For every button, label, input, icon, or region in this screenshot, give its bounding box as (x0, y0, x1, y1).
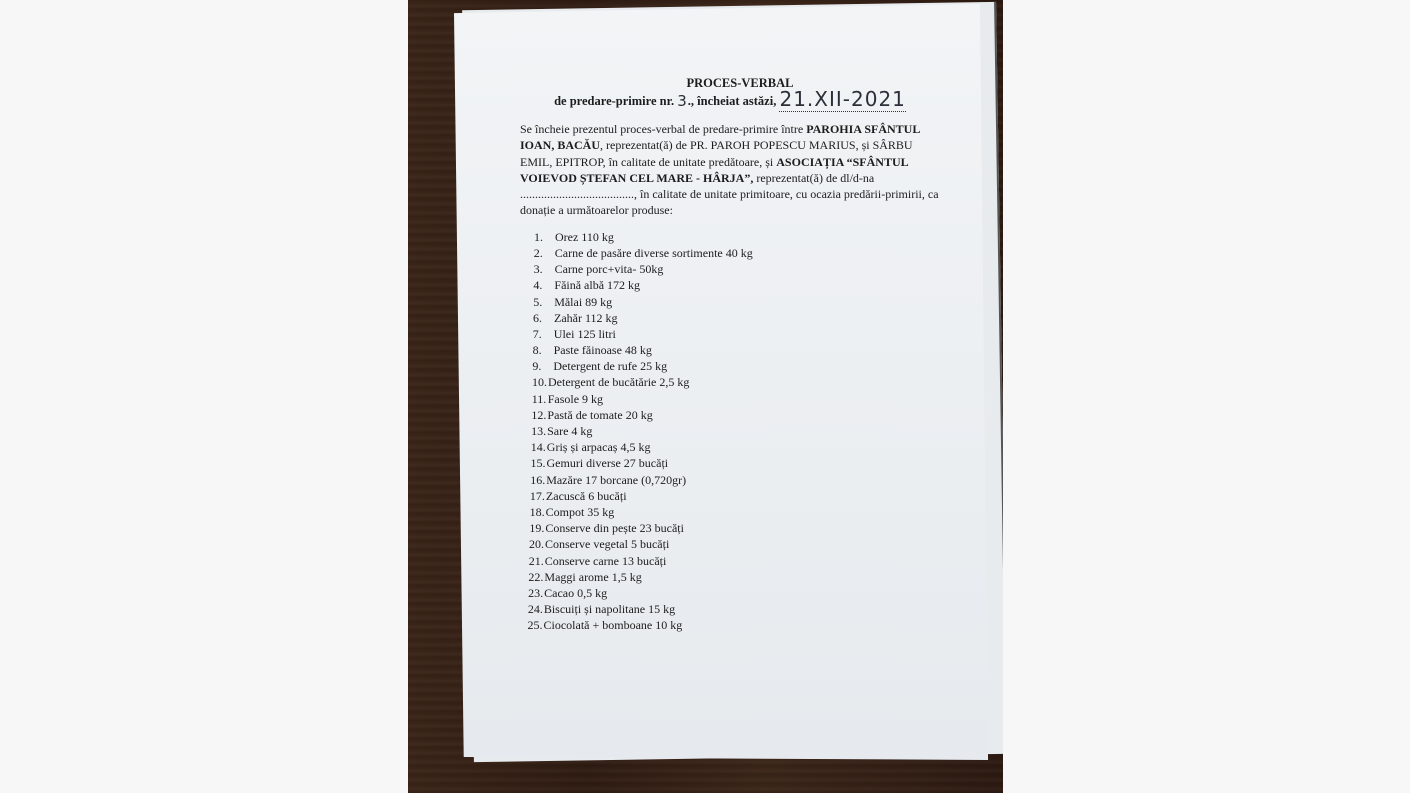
item-number: 12. (531, 407, 547, 423)
item-text: Compot 35 kg (546, 505, 615, 519)
item-text: Fasole 9 kg (548, 392, 603, 406)
item-text: Mălai 89 kg (554, 295, 612, 309)
handwritten-date: 21.XII-2021 (779, 87, 905, 112)
item-text: Carne porc+vita- 50kg (555, 262, 664, 276)
item-text: Conserve din pește 23 bucăți (545, 521, 684, 535)
intro-paragraph: Se încheie prezentul proces-verbal de pr… (520, 121, 940, 219)
item-number: 11. (532, 391, 548, 407)
item-text: Biscuiți și napolitane 15 kg (544, 602, 675, 616)
list-item: 2.Carne de pasăre diverse sortimente 40 … (534, 245, 940, 261)
document-subtitle: de predare-primire nr. 3., încheiat astă… (520, 90, 940, 109)
list-item: 7.Ulei 125 litri (533, 326, 940, 342)
list-item: 16.Mazăre 17 borcane (0,720gr) (530, 472, 940, 488)
item-number: 7. (533, 326, 549, 342)
item-number: 4. (533, 277, 549, 293)
item-number: 20. (529, 536, 545, 552)
item-text: Cacao 0,5 kg (544, 586, 607, 600)
item-number: 8. (533, 342, 549, 358)
product-list: 1.Orez 110 kg2.Carne de pasăre diverse s… (530, 229, 940, 634)
item-number: 23. (528, 585, 544, 601)
item-text: Ciocolată + bomboane 10 kg (544, 618, 683, 632)
list-item: 19.Conserve din pește 23 bucăți (529, 520, 940, 536)
item-text: Maggi arome 1,5 kg (544, 570, 641, 584)
list-item: 1.Orez 110 kg (534, 229, 940, 245)
item-text: Sare 4 kg (547, 424, 592, 438)
handwritten-number: 3 (677, 92, 688, 110)
list-item: 22.Maggi arome 1,5 kg (528, 569, 940, 585)
item-number: 14. (531, 439, 547, 455)
item-number: 6. (533, 310, 549, 326)
item-number: 10. (532, 374, 548, 390)
list-item: 17.Zacuscă 6 bucăți (530, 488, 940, 504)
item-text: Griș și arpacaș 4,5 kg (547, 440, 651, 454)
intro-text-1: Se încheie prezentul proces-verbal de pr… (520, 122, 806, 136)
item-number: 24. (528, 601, 544, 617)
item-text: Carne de pasăre diverse sortimente 40 kg (555, 246, 753, 260)
list-item: 9.Detergent de rufe 25 kg (532, 358, 940, 374)
item-text: Orez 110 kg (555, 230, 614, 244)
subtitle-middle: ., încheiat astăzi, (688, 94, 777, 108)
item-number: 21. (529, 553, 545, 569)
list-item: 15.Gemuri diverse 27 bucăți (531, 455, 941, 471)
list-item: 14.Griș și arpacaș 4,5 kg (531, 439, 940, 455)
list-item: 23.Cacao 0,5 kg (528, 585, 940, 601)
item-text: Gemuri diverse 27 bucăți (547, 456, 669, 470)
item-text: Detergent de rufe 25 kg (553, 359, 667, 373)
item-number: 16. (530, 472, 546, 488)
item-number: 5. (533, 294, 549, 310)
list-item: 12.Pastă de tomate 20 kg (531, 407, 940, 423)
list-item: 3.Carne porc+vita- 50kg (534, 261, 940, 277)
item-number: 9. (532, 358, 548, 374)
item-text: Zacuscă 6 bucăți (546, 489, 627, 503)
item-text: Conserve vegetal 5 bucăți (545, 537, 669, 551)
item-number: 25. (528, 617, 544, 633)
paper-sheet: PROCES-VERBAL de predare-primire nr. 3.,… (454, 4, 994, 760)
item-number: 1. (534, 229, 550, 245)
list-item: 6.Zahăr 112 kg (533, 310, 940, 326)
item-text: Pastă de tomate 20 kg (547, 408, 652, 422)
item-text: Mazăre 17 borcane (0,720gr) (546, 473, 686, 487)
list-item: 21.Conserve carne 13 bucăți (529, 553, 940, 569)
list-item: 5.Mălai 89 kg (533, 294, 940, 310)
item-text: Detergent de bucătărie 2,5 kg (548, 375, 689, 389)
item-number: 17. (530, 488, 546, 504)
document-photo: PROCES-VERBAL de predare-primire nr. 3.,… (408, 0, 1003, 793)
item-text: Zahăr 112 kg (554, 311, 618, 325)
item-number: 13. (531, 423, 547, 439)
list-item: 18.Compot 35 kg (530, 504, 940, 520)
list-item: 24.Biscuiți și napolitane 15 kg (528, 601, 940, 617)
document-content: PROCES-VERBAL de predare-primire nr. 3.,… (520, 76, 940, 633)
item-number: 18. (530, 504, 546, 520)
list-item: 10.Detergent de bucătărie 2,5 kg (532, 374, 940, 390)
list-item: 8.Paste făinoase 48 kg (533, 342, 940, 358)
list-item: 4.Făină albă 172 kg (533, 277, 940, 293)
list-item: 11.Fasole 9 kg (532, 391, 940, 407)
list-item: 25.Ciocolată + bomboane 10 kg (528, 617, 941, 633)
item-text: Făină albă 172 kg (554, 278, 640, 292)
list-item: 20.Conserve vegetal 5 bucăți (529, 536, 940, 552)
item-number: 3. (534, 261, 550, 277)
subtitle-prefix: de predare-primire nr. (554, 94, 674, 108)
item-number: 22. (528, 569, 544, 585)
item-number: 2. (534, 245, 550, 261)
item-number: 19. (529, 520, 545, 536)
item-text: Ulei 125 litri (554, 327, 616, 341)
item-number: 15. (531, 455, 547, 471)
list-item: 13.Sare 4 kg (531, 423, 940, 439)
item-text: Conserve carne 13 bucăți (545, 554, 667, 568)
item-text: Paste făinoase 48 kg (554, 343, 652, 357)
